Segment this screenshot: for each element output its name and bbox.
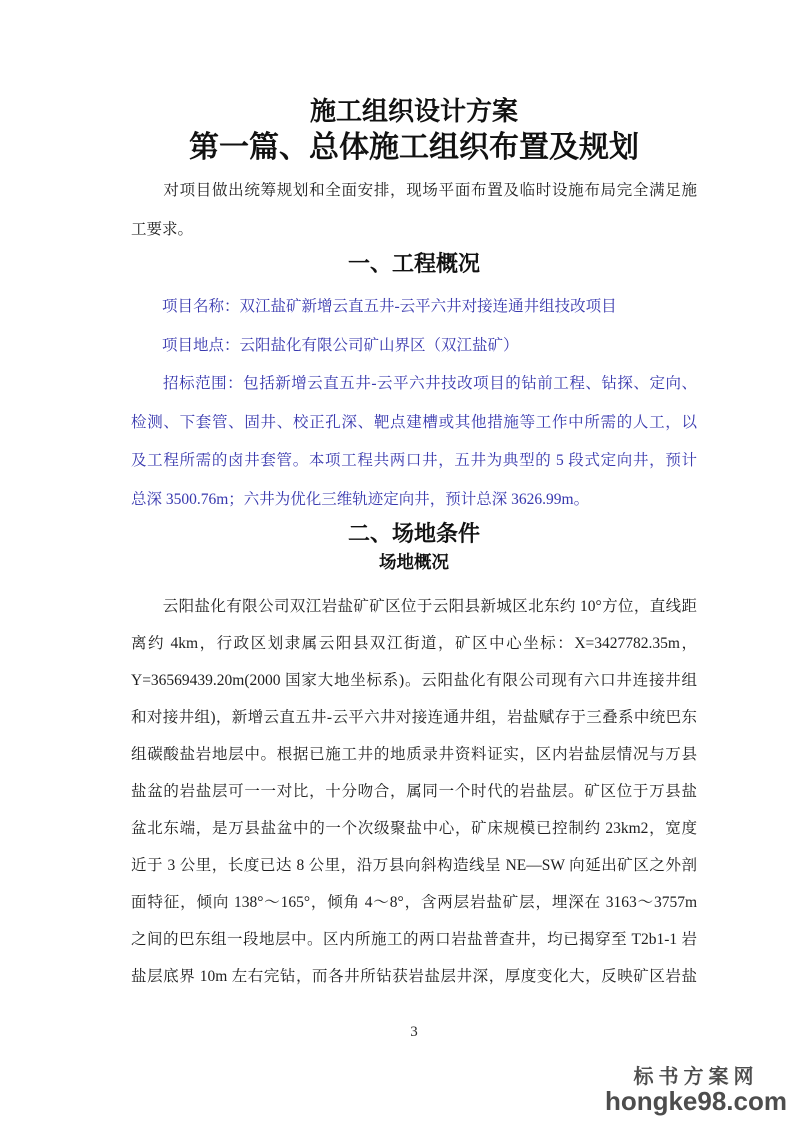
document-page: 施工组织设计方案 第一篇、总体施工组织布置及规划 对项目做出统筹规划和全面安排，… [0, 0, 793, 1122]
text-line: 云阳盐化有限公司双江岩盐矿矿区位于云阳县新城区北东约 10°方位，直线距 [131, 588, 697, 625]
text-line: 面特征，倾向 138°～165°，倾角 4～8°，含两层岩盐矿层，埋深在 316… [131, 884, 697, 921]
watermark-site-name: 标书方案网 [605, 1066, 787, 1088]
watermark: 标书方案网 hongke98.com [605, 1066, 787, 1114]
text-line: 及工程所需的卤井套管。本项工程共两口井，五井为典型的 5 段式定向井，预计 [131, 442, 697, 481]
text-line: 检测、下套管、固井、校正孔深、靶点建槽或其他措施等工作中所需的人工，以 [131, 404, 697, 443]
text-line: 和对接井组)，新增云直五井-云平六井对接连通井组，岩盐赋存于三叠系中统巴东 [131, 699, 697, 736]
text-line: 招标范围：包括新增云直五井-云平六井技改项目的钻前工程、钻探、定向、 [131, 365, 697, 404]
text-line: 项目地点：云阳盐化有限公司矿山界区（双江盐矿） [131, 327, 697, 366]
text-line: 盆北东端，是万县盐盆中的一个次级聚盐中心，矿床规模已控制约 23km2，宽度 [131, 810, 697, 847]
document-subtitle: 第一篇、总体施工组织布置及规划 [131, 128, 697, 168]
text-line: Y=36569439.20m(2000 国家大地坐标系)。云阳盐化有限公司现有六… [131, 662, 697, 699]
page-number: 3 [131, 1024, 697, 1041]
text-line: 离约 4km，行政区划隶属云阳县双江街道，矿区中心坐标：X=3427782.35… [131, 625, 697, 662]
text-line: 近于 3 公里，长度已达 8 公里，沿万县向斜构造线呈 NE—SW 向延出矿区之… [131, 847, 697, 884]
text-line: 总深 3500.76m；六井为优化三维轨迹定向井，预计总深 3626.99m。 [131, 481, 697, 520]
text-line: 对项目做出统筹规划和全面安排，现场平面布置及临时设施布局完全满足施 [131, 172, 697, 211]
text-line: 组碳酸盐岩地层中。根据已施工井的地质录井资料证实，区内岩盐层情况与万县 [131, 736, 697, 773]
text-line: 项目名称：双江盐矿新增云直五井-云平六井对接连通井组技改项目 [131, 288, 697, 327]
text-line: 之间的巴东组一段地层中。区内所施工的两口岩盐普查井，均已揭穿至 T2b1-1 岩 [131, 921, 697, 958]
paragraph: 对项目做出统筹规划和全面安排，现场平面布置及临时设施布局完全满足施工要求。 [131, 172, 697, 249]
paragraph: 云阳盐化有限公司双江岩盐矿矿区位于云阳县新城区北东约 10°方位，直线距离约 4… [131, 588, 697, 995]
text-line: 盐层底界 10m 左右完钻，而各井所钻获岩盐层井深，厚度变化大，反映矿区岩盐 [131, 958, 697, 995]
text-line: 工要求。 [131, 211, 697, 250]
text-line: 盐盆的岩盐层可一一对比，十分吻合，属同一个时代的岩盐层。矿区位于万县盐 [131, 773, 697, 810]
document-title: 施工组织设计方案 [131, 94, 697, 128]
paragraph: 招标范围：包括新增云直五井-云平六井技改项目的钻前工程、钻探、定向、检测、下套管… [131, 365, 697, 519]
sub-heading: 场地概况 [131, 549, 697, 575]
paragraph: 项目名称：双江盐矿新增云直五井-云平六井对接连通井组技改项目 [131, 288, 697, 327]
watermark-domain: hongke98.com [605, 1088, 787, 1114]
paragraph: 项目地点：云阳盐化有限公司矿山界区（双江盐矿） [131, 327, 697, 366]
section-heading: 一、工程概况 [131, 249, 697, 279]
section-heading: 二、场地条件 [131, 519, 697, 549]
document-body: 施工组织设计方案 第一篇、总体施工组织布置及规划 对项目做出统筹规划和全面安排，… [131, 94, 697, 995]
